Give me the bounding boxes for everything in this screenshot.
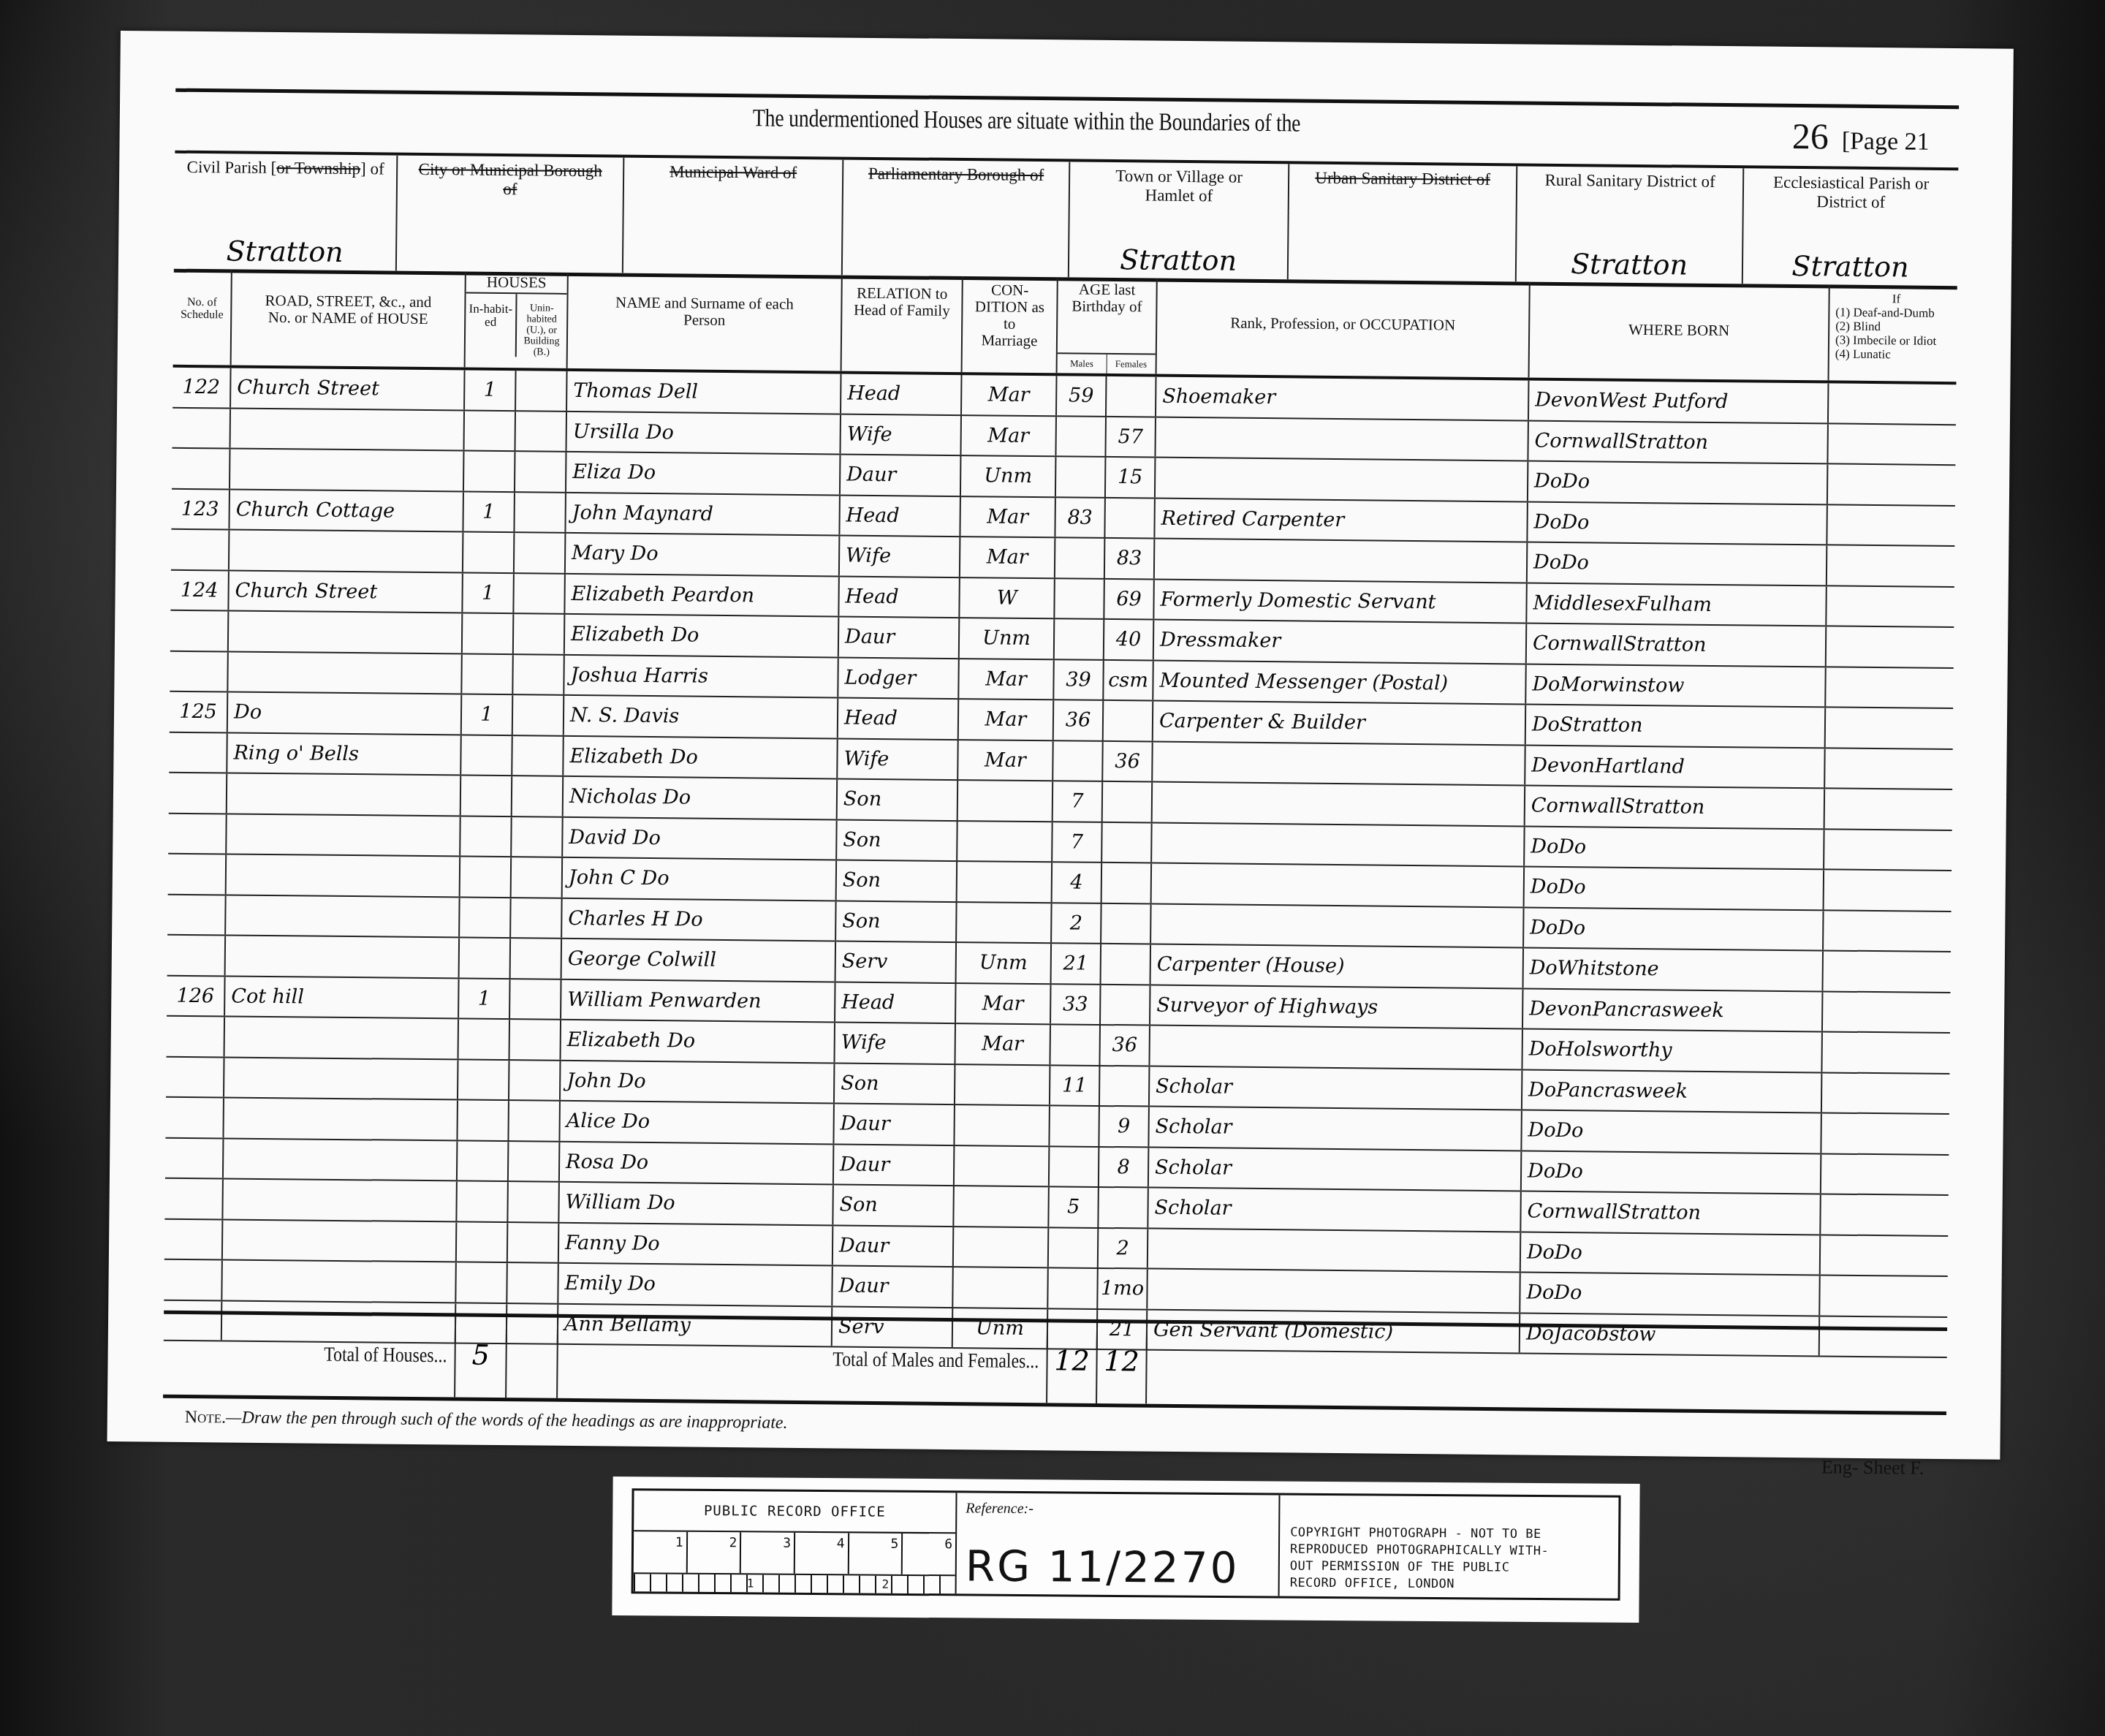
- relation: Daur: [833, 1226, 955, 1266]
- road-name: Do: [228, 692, 462, 734]
- birthplace: DoHolsworthy: [1522, 1029, 1822, 1071]
- boundary-value: Stratton: [1743, 256, 1957, 277]
- schedule-number: 122: [172, 368, 232, 407]
- boundary-label: Ecclesiastical Parish or District of: [1744, 173, 1958, 213]
- road-name: [226, 895, 460, 937]
- marital-condition: [957, 822, 1053, 862]
- road-name: [224, 1098, 458, 1140]
- totals-row: Total of Houses... 5 Total of Males and …: [163, 1311, 1947, 1415]
- relation: Daur: [841, 455, 962, 495]
- male-age: [1056, 417, 1107, 456]
- road-name: [227, 773, 461, 815]
- birth-county: Devon: [1529, 997, 1593, 1020]
- uninhabited-count: [515, 493, 566, 532]
- birth-place: Do: [1561, 551, 1589, 574]
- uninhabited-count: [514, 614, 566, 653]
- col-where-born: WHERE BORN: [1530, 283, 1830, 381]
- relation: Wife: [841, 414, 962, 455]
- road-name: [223, 1220, 457, 1262]
- birth-place: Do: [1555, 1119, 1583, 1142]
- male-age: 7: [1053, 781, 1104, 821]
- occupation: [1151, 904, 1524, 947]
- uninhabited-count: [508, 1182, 560, 1221]
- occupation: [1152, 864, 1525, 906]
- uninhabited-count: [516, 412, 568, 451]
- birth-county: Do: [1532, 713, 1560, 736]
- male-age: 7: [1052, 822, 1103, 862]
- occupation: [1150, 1026, 1522, 1069]
- relation: Wife: [835, 1023, 957, 1063]
- birth-county: Do: [1532, 672, 1560, 695]
- male-age: [1050, 1147, 1100, 1186]
- road-name: Church Cottage: [230, 490, 463, 531]
- female-age: [1103, 782, 1153, 822]
- female-age: 1mo: [1098, 1269, 1148, 1308]
- uninhabited-count: [515, 533, 566, 572]
- relation: Son: [837, 860, 958, 901]
- birthplace: DoDo: [1528, 502, 1827, 544]
- birth-place: Stratton: [1560, 713, 1643, 737]
- relation: Daur: [832, 1266, 954, 1306]
- boundary-label: Urban Sanitary District of: [1289, 168, 1516, 189]
- female-age: [1105, 498, 1156, 537]
- female-age: [1104, 701, 1154, 740]
- road-name: Ring o' Bells: [227, 733, 461, 775]
- boundary-label: City or Municipal Borough of: [398, 160, 623, 200]
- infirmity: [1821, 1113, 1949, 1153]
- infirmity-option: (1) Deaf-and-Dumb: [1835, 306, 1957, 321]
- copyright-notice: COPYRIGHT PHOTOGRAPH - NOT TO BE REPRODU…: [1280, 1495, 1619, 1598]
- birth-county: Cornwall: [1535, 429, 1626, 452]
- schedule-number: [168, 854, 227, 894]
- female-age: [1100, 1066, 1150, 1105]
- infirmity: [1827, 505, 1955, 545]
- infirmity: [1821, 1194, 1949, 1235]
- person-name: N. S. Davis: [564, 696, 838, 738]
- marital-condition: Mar: [960, 537, 1056, 577]
- female-age: 83: [1105, 539, 1156, 578]
- infirmity: [1820, 1276, 1948, 1316]
- col-males: Males: [1058, 354, 1107, 374]
- schedule-number: [167, 1017, 226, 1056]
- marital-condition: Mar: [955, 1024, 1051, 1064]
- col-schedule: No. of Schedule: [173, 270, 232, 365]
- road-name: [224, 1139, 458, 1180]
- copyright-line: REPRODUCED PHOTOGRAPHICALLY WITH-: [1290, 1542, 1608, 1561]
- birth-county: Cornwall: [1533, 632, 1623, 656]
- marital-condition: Mar: [960, 497, 1056, 537]
- road-name: Church Street: [229, 571, 463, 613]
- occupation: [1153, 783, 1525, 825]
- occupation: [1153, 742, 1525, 784]
- occupation: [1148, 1270, 1520, 1312]
- occupation: Scholar: [1149, 1148, 1522, 1190]
- boundary-value: Stratton: [1517, 254, 1742, 275]
- schedule-number: [167, 895, 227, 934]
- uninhabited-count: [512, 776, 564, 816]
- copyright-line: COPYRIGHT PHOTOGRAPH - NOT TO BE: [1290, 1525, 1608, 1544]
- female-age: 69: [1104, 579, 1155, 618]
- person-name: William Do: [559, 1183, 833, 1224]
- inhabited-count: [458, 1141, 509, 1180]
- person-name: William Penwarden: [561, 979, 835, 1021]
- relation: Head: [841, 374, 963, 414]
- female-age: 57: [1106, 417, 1156, 456]
- inhabited-count: [465, 411, 517, 450]
- infirmity: [1826, 708, 1954, 748]
- boundary-label: Civil Parish [or Township] of: [175, 158, 396, 179]
- total-persons-label: Total of Males and Females...: [833, 1348, 1039, 1373]
- birth-county: Do: [1531, 876, 1558, 898]
- boundary-label: Parliamentary Borough of: [843, 164, 1069, 186]
- col-occupation: Rank, Profession, or OCCUPATION: [1157, 279, 1531, 378]
- col-road: ROAD, STREET, &c., and No. or NAME of HO…: [232, 270, 466, 367]
- uninhabited-count: [512, 736, 564, 776]
- road-name: [226, 936, 460, 977]
- inch-mark: 5: [849, 1533, 903, 1574]
- relation: Daur: [834, 1145, 955, 1185]
- person-name: Nicholas Do: [564, 777, 838, 819]
- total-females: 12: [1097, 1323, 1148, 1404]
- schedule-number: [170, 611, 230, 651]
- reference-value: RG 11/2270: [966, 1541, 1240, 1593]
- birth-place: Stratton: [1625, 430, 1708, 453]
- marital-condition: [958, 781, 1054, 821]
- male-age: [1048, 1268, 1099, 1308]
- person-name: John Do: [561, 1061, 835, 1102]
- male-age: 5: [1049, 1187, 1099, 1227]
- person-name: John Maynard: [566, 493, 840, 534]
- birthplace: DoDo: [1525, 867, 1824, 909]
- copyright-line: RECORD OFFICE, LONDON: [1290, 1575, 1608, 1594]
- male-age: 39: [1054, 660, 1104, 700]
- marital-condition: Mar: [962, 375, 1058, 415]
- inhabited-count: [460, 939, 512, 978]
- birth-county: Do: [1530, 957, 1558, 979]
- female-age: 9: [1099, 1107, 1150, 1146]
- male-age: 36: [1054, 700, 1104, 740]
- female-age: 8: [1099, 1147, 1150, 1186]
- female-age: 40: [1104, 620, 1155, 659]
- infirmity: [1827, 626, 1954, 667]
- total-houses-value: 5: [455, 1316, 507, 1398]
- occupation: Mounted Messenger (Postal): [1153, 661, 1526, 703]
- schedule-number: [165, 1138, 224, 1178]
- male-age: [1056, 457, 1107, 496]
- inch-mark: 4: [795, 1533, 849, 1574]
- birth-county: Cornwall: [1527, 1200, 1617, 1224]
- inhabited-count: 1: [463, 573, 515, 613]
- occupation: Retired Carpenter: [1155, 499, 1528, 541]
- office-name: PUBLIC RECORD OFFICE: [634, 1490, 955, 1534]
- col-age: AGE last Birthday of Males Females: [1058, 278, 1158, 374]
- reference-label: Reference:-: [966, 1500, 1033, 1517]
- boundary-municipal-borough: City or Municipal Borough of: [397, 156, 625, 273]
- road-name: [230, 449, 464, 490]
- birthplace: DevonHartland: [1525, 746, 1825, 787]
- infirmity: [1821, 1235, 1949, 1276]
- road-name: Cot hill: [225, 977, 459, 1018]
- person-name: Joshua Harris: [564, 655, 838, 697]
- infirmity-if: If: [1836, 292, 1957, 307]
- marital-condition: [957, 862, 1053, 902]
- male-age: [1055, 619, 1105, 659]
- road-name: [224, 1058, 458, 1099]
- birthplace: DoDo: [1522, 1151, 1821, 1193]
- inhabited-count: [460, 857, 512, 897]
- marital-condition: Mar: [959, 659, 1055, 700]
- boundary-value: Stratton: [1069, 249, 1287, 270]
- female-age: [1107, 376, 1157, 416]
- person-name: Fanny Do: [559, 1223, 833, 1265]
- marital-condition: Unm: [960, 618, 1055, 659]
- male-age: 2: [1052, 903, 1102, 943]
- cm-mark: 1: [747, 1576, 754, 1590]
- schedule-number: [169, 773, 228, 813]
- inch-mark: 1: [634, 1531, 688, 1573]
- birthplace: DoDo: [1528, 543, 1827, 585]
- birth-place: Stratton: [1623, 633, 1707, 656]
- female-age: 36: [1103, 741, 1153, 781]
- marital-condition: [955, 1146, 1050, 1186]
- male-age: 11: [1050, 1066, 1101, 1105]
- infirmity: [1823, 992, 1951, 1032]
- inhabited-count: [458, 1060, 510, 1099]
- occupation: Shoemaker: [1156, 377, 1529, 420]
- boundary-civil-parish: Civil Parish [or Township] of Stratton: [174, 153, 398, 271]
- road-name: [229, 611, 463, 653]
- record-office-label: PUBLIC RECORD OFFICE 1 2 3 4 5 6 1 2 Ref…: [612, 1477, 1639, 1623]
- male-age: [1050, 1106, 1100, 1145]
- occupation: Carpenter & Builder: [1153, 702, 1526, 744]
- col-name: NAME and Surname of each Person: [568, 273, 843, 371]
- inhabited-count: [457, 1181, 509, 1221]
- uninhabited-count: [509, 1142, 561, 1181]
- inhabited-count: [459, 1020, 511, 1059]
- birth-county: Do: [1528, 1159, 1555, 1182]
- relation: Head: [835, 982, 957, 1023]
- birth-place: Holsworthy: [1556, 1038, 1672, 1062]
- road-name: Church Street: [231, 368, 465, 409]
- relation: Son: [833, 1185, 955, 1225]
- person-name: Mary Do: [566, 534, 840, 575]
- birthplace: DoDo: [1521, 1232, 1821, 1274]
- uninhabited-count: [509, 1061, 561, 1100]
- col-females: Females: [1107, 355, 1156, 374]
- person-name: Alice Do: [560, 1102, 834, 1143]
- col-houses: HOUSES In-habit-ed Unin-habited (U.), or…: [466, 273, 569, 368]
- birth-place: Hartland: [1595, 754, 1685, 778]
- occupation: Carpenter (House): [1151, 945, 1524, 988]
- schedule-number: [167, 936, 227, 975]
- schedule-number: [172, 449, 231, 488]
- relation: Son: [836, 901, 957, 941]
- person-name: Ursilla Do: [567, 412, 841, 453]
- relation: Daur: [834, 1104, 955, 1144]
- birth-place: Do: [1558, 835, 1586, 857]
- female-age: 2: [1099, 1228, 1149, 1267]
- occupation: Surveyor of Highways: [1150, 985, 1523, 1028]
- birth-place: Do: [1555, 1159, 1583, 1182]
- uninhabited-count: [512, 817, 564, 857]
- male-age: 59: [1057, 376, 1107, 415]
- birth-place: Morwinstow: [1560, 672, 1684, 697]
- census-form: The undermentioned Houses are situate wi…: [163, 88, 1959, 1421]
- infirmity-option: (2) Blind: [1835, 319, 1957, 335]
- relation: Son: [835, 1064, 956, 1104]
- marital-condition: [957, 903, 1052, 943]
- boundary-urban-sanitary: Urban Sanitary District of: [1289, 164, 1518, 281]
- infirmity: [1824, 951, 1952, 991]
- uninhabited-count: [509, 1101, 561, 1140]
- female-age: csm: [1104, 660, 1154, 700]
- female-age: [1102, 822, 1153, 862]
- boundary-label: Rural Sanitary District of: [1517, 170, 1742, 192]
- occupation: Formerly Domestic Servant: [1154, 580, 1527, 622]
- birth-place: Do: [1558, 876, 1586, 898]
- marital-condition: [955, 1065, 1051, 1105]
- birthplace: DoWhitstone: [1524, 948, 1824, 990]
- birth-county: Do: [1533, 551, 1561, 574]
- uninhabited-count: [514, 574, 566, 613]
- road-name: [227, 854, 460, 896]
- boundary-parliamentary-borough: Parliamentary Borough of: [843, 160, 1071, 278]
- schedule-number: [172, 408, 232, 447]
- road-name: [227, 814, 460, 856]
- birthplace: DoDo: [1525, 827, 1824, 868]
- total-houses-label-cell: Total of Houses...: [163, 1314, 456, 1398]
- birth-place: Whitstone: [1558, 957, 1659, 980]
- birth-county: Do: [1533, 510, 1561, 533]
- female-age: 15: [1106, 458, 1156, 497]
- infirmity: [1824, 870, 1952, 910]
- uninhabited-count: [511, 898, 563, 938]
- boundary-value: Stratton: [174, 241, 395, 262]
- sheet-identifier: Eng- Sheet F.: [1821, 1456, 1924, 1479]
- occupation: Dressmaker: [1154, 621, 1527, 663]
- birthplace: DoPancrasweek: [1522, 1070, 1822, 1112]
- female-age: [1101, 903, 1152, 943]
- birth-place: Pancrasweek: [1556, 1078, 1688, 1102]
- uninhabited-count: [510, 1020, 562, 1059]
- marital-condition: Mar: [961, 416, 1057, 456]
- inhabited-count: 1: [465, 371, 517, 410]
- infirmity: [1821, 1154, 1949, 1194]
- col-relation: RELATION to Head of Family: [842, 276, 963, 372]
- birthplace: DoDo: [1520, 1273, 1820, 1314]
- birthplace: DoStratton: [1526, 705, 1826, 747]
- boundary-label: Municipal Ward of: [624, 162, 842, 183]
- occupation: Scholar: [1149, 1107, 1522, 1150]
- male-age: 4: [1052, 863, 1103, 902]
- schedule-number: [170, 651, 229, 691]
- uninhabited-count: [510, 979, 562, 1019]
- relation: Daur: [839, 617, 960, 657]
- birthplace: DevonWest Putford: [1529, 381, 1829, 422]
- birthplace: MiddlesexFulham: [1527, 583, 1827, 625]
- inhabited-count: [463, 533, 515, 572]
- occupation: [1148, 1229, 1521, 1271]
- col-uninhabited: Unin-habited (U.), or Building (B.): [517, 294, 567, 357]
- birth-place: Fulham: [1636, 592, 1712, 615]
- birthplace: CornwallStratton: [1527, 624, 1827, 666]
- infirmity: [1826, 667, 1954, 708]
- birth-county: Middlesex: [1533, 591, 1636, 615]
- birth-county: Do: [1534, 470, 1562, 493]
- male-age: [1050, 1025, 1101, 1064]
- schedule-number: [164, 1260, 223, 1300]
- birth-place: Pancrasweek: [1593, 998, 1724, 1022]
- road-name: [223, 1179, 457, 1221]
- inhabited-count: [460, 816, 512, 856]
- note-text: —Draw the pen through such of the words …: [226, 1408, 788, 1432]
- marital-condition: Unm: [957, 943, 1052, 983]
- birth-place: Do: [1562, 470, 1590, 493]
- schedule-number: [164, 1219, 224, 1259]
- female-age: 36: [1100, 1026, 1150, 1065]
- birthplace: DoDo: [1524, 908, 1824, 950]
- boundary-label: Town or Village or Hamlet of: [1070, 166, 1288, 206]
- uninhabited-count: [507, 1263, 559, 1303]
- infirmity: [1828, 464, 1956, 504]
- schedule-number: 124: [170, 570, 230, 610]
- birthplace: DoDo: [1522, 1110, 1821, 1152]
- schedule-number: [168, 814, 227, 853]
- uninhabited-count: [516, 371, 568, 410]
- relation: Serv: [836, 941, 957, 982]
- male-age: [1049, 1228, 1099, 1267]
- boundary-header-row: Civil Parish [or Township] of Stratton C…: [174, 151, 1958, 289]
- infirmity: [1827, 586, 1954, 626]
- total-uninhabited-cell: [507, 1317, 558, 1398]
- infirmity: [1822, 1073, 1950, 1113]
- birth-county: Do: [1528, 1078, 1556, 1101]
- birth-place: Do: [1554, 1281, 1582, 1304]
- cm-mark: 2: [882, 1577, 890, 1591]
- folio-number: 26: [1792, 115, 1829, 156]
- inhabited-count: [461, 735, 513, 775]
- infirmity: [1825, 789, 1953, 829]
- schedule-number: [169, 732, 228, 772]
- col-inhabited: In-habit-ed: [466, 294, 517, 357]
- relation: Son: [837, 820, 958, 860]
- road-name: [222, 1260, 456, 1302]
- relation: Lodger: [838, 658, 960, 698]
- male-age: 83: [1055, 498, 1106, 537]
- relation: Wife: [838, 739, 959, 779]
- occupation: [1156, 458, 1528, 501]
- birthplace: DoDo: [1528, 462, 1828, 504]
- inhabited-count: [463, 614, 515, 653]
- boundary-town-village: Town or Village or Hamlet of Stratton: [1069, 162, 1290, 279]
- birth-county: Do: [1529, 1038, 1557, 1061]
- male-age: [1055, 538, 1106, 577]
- uninhabited-count: [508, 1223, 560, 1262]
- infirmity-option: (4) Lunatic: [1835, 347, 1957, 363]
- road-name: [231, 409, 465, 450]
- schedule-number: 125: [170, 692, 229, 732]
- male-age: [1055, 579, 1105, 618]
- col-condition: CON-DITION as to Marriage: [963, 277, 1058, 373]
- birth-place: West Putford: [1598, 389, 1729, 413]
- person-name: John C Do: [563, 858, 837, 900]
- road-name: [230, 530, 463, 572]
- birth-county: Do: [1527, 1240, 1555, 1263]
- inch-mark: 3: [741, 1532, 795, 1574]
- birthplace: DoMorwinstow: [1526, 664, 1826, 706]
- uninhabited-count: [511, 939, 563, 978]
- houses-heading: HOUSES: [466, 274, 567, 295]
